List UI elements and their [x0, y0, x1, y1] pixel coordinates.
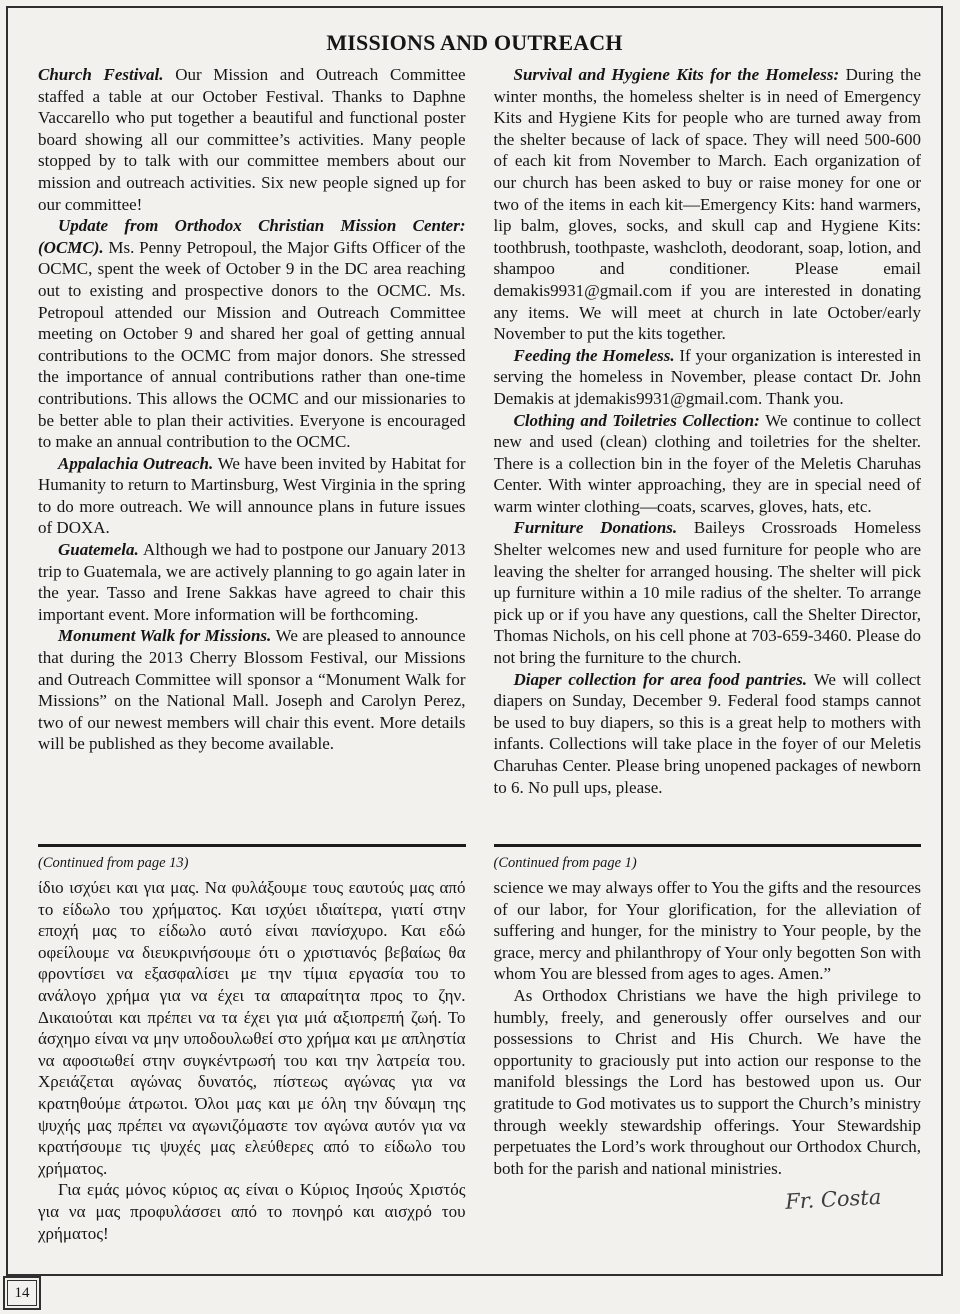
article-lead: Clothing and Toiletries Collection:	[514, 411, 766, 430]
article-lead: Guatemela.	[58, 540, 143, 559]
articles-right: Survival and Hygiene Kits for the Homele…	[494, 64, 922, 840]
articles-left: Church Festival. Our Mission and Outreac…	[38, 64, 466, 840]
continuation-note-left: (Continued from page 13)	[38, 855, 466, 872]
left-column: Church Festival. Our Mission and Outreac…	[38, 64, 466, 1255]
continued-paragraphs-right: science we may always offer to You the g…	[494, 877, 922, 1179]
article-paragraph: Feeding the Homeless. If your organizati…	[494, 345, 922, 410]
continued-paragraph: science we may always offer to You the g…	[494, 877, 922, 985]
article-paragraph: Survival and Hygiene Kits for the Homele…	[494, 64, 922, 345]
page-title: MISSIONS AND OUTREACH	[8, 30, 941, 56]
section-divider-right	[494, 844, 922, 847]
article-paragraph: Appalachia Outreach. We have been invite…	[38, 453, 466, 539]
article-lead: Church Festival.	[38, 65, 175, 84]
article-lead: Monument Walk for Missions.	[58, 626, 276, 645]
section-divider-left	[38, 844, 466, 847]
article-lead: Diaper collection for area food pantries…	[514, 670, 814, 689]
continued-section-left: (Continued from page 13) ίδιο ισχύει και…	[38, 853, 466, 1255]
signature: Fr. Costa	[494, 1185, 882, 1229]
article-paragraph: Guatemela. Although we had to postpone o…	[38, 539, 466, 625]
two-column-layout: Church Festival. Our Mission and Outreac…	[8, 64, 941, 1255]
article-paragraph: Furniture Donations. Baileys Crossroads …	[494, 517, 922, 668]
continued-paragraph: Για εμάς μόνος κύριος ας είναι ο Κύριος …	[38, 1179, 466, 1244]
right-column: Survival and Hygiene Kits for the Homele…	[494, 64, 922, 1255]
continued-paragraph: As Orthodox Christians we have the high …	[494, 985, 922, 1179]
article-lead: Furniture Donations.	[514, 518, 694, 537]
page-number: 14	[7, 1280, 37, 1306]
continued-paragraphs-left: ίδιο ισχύει και για μας. Να φυλάξουμε το…	[38, 877, 466, 1244]
article-lead: Appalachia Outreach.	[58, 454, 218, 473]
continuation-note-right: (Continued from page 1)	[494, 855, 922, 872]
article-lead: Update from Orthodox Christian Mission C…	[38, 216, 466, 257]
newsletter-page: MISSIONS AND OUTREACH Church Festival. O…	[6, 6, 943, 1276]
article-paragraph: Monument Walk for Missions. We are pleas…	[38, 625, 466, 755]
page-number-box: 14	[3, 1276, 41, 1310]
article-lead: Survival and Hygiene Kits for the Homele…	[514, 65, 846, 84]
article-paragraph: Church Festival. Our Mission and Outreac…	[38, 64, 466, 215]
article-lead: Feeding the Homeless.	[514, 346, 680, 365]
continued-paragraph: ίδιο ισχύει και για μας. Να φυλάξουμε το…	[38, 877, 466, 1179]
continued-section-right: (Continued from page 1) science we may a…	[494, 853, 922, 1255]
article-paragraph: Update from Orthodox Christian Mission C…	[38, 215, 466, 453]
article-paragraph: Clothing and Toiletries Collection: We c…	[494, 410, 922, 518]
article-paragraph: Diaper collection for area food pantries…	[494, 669, 922, 799]
